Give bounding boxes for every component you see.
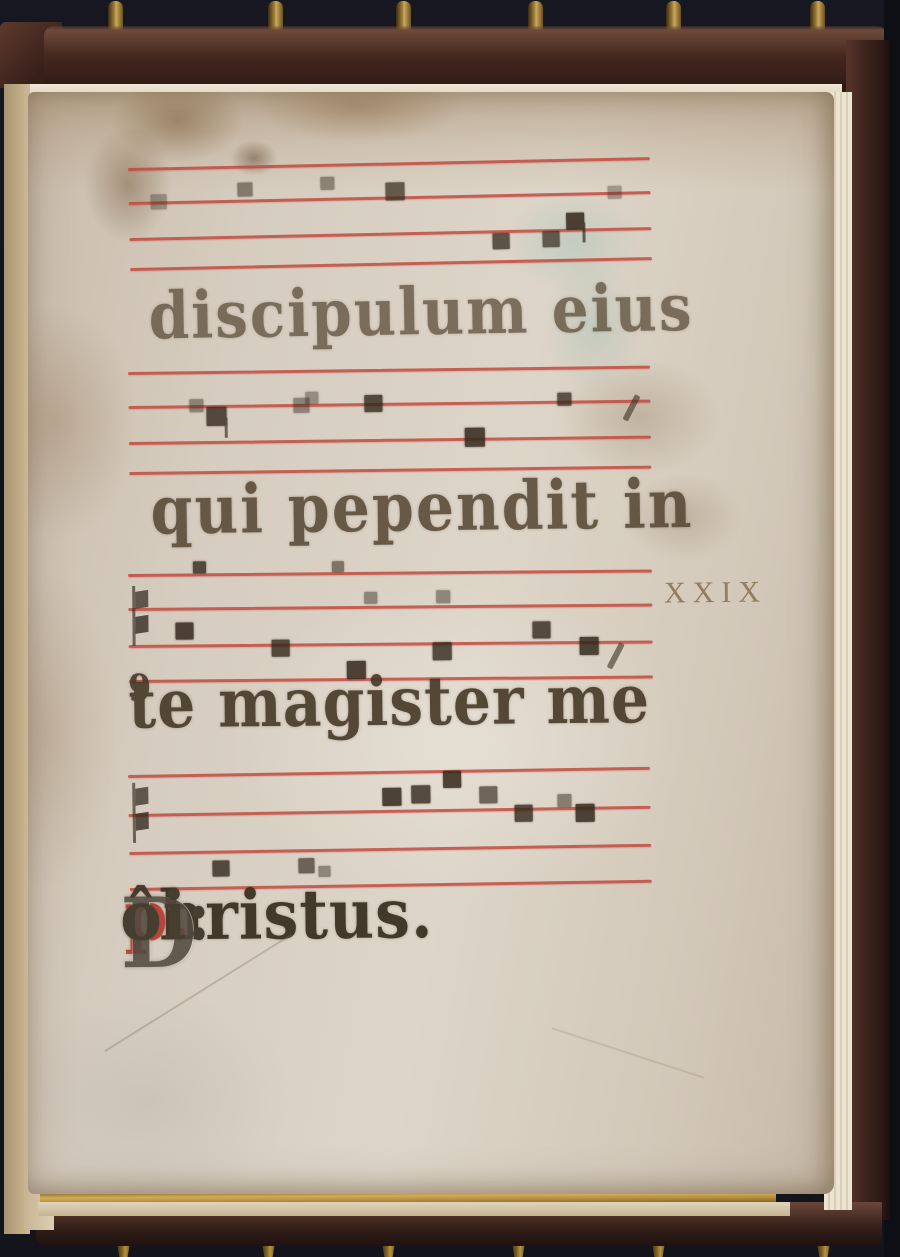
chant-text: te magister me bbox=[128, 661, 651, 745]
neume-note bbox=[433, 642, 452, 660]
neume-note bbox=[542, 231, 559, 247]
neume-note bbox=[557, 794, 571, 807]
neume-note bbox=[237, 182, 252, 196]
neume-note bbox=[364, 395, 382, 412]
neume-note bbox=[189, 399, 203, 412]
staff-line bbox=[130, 257, 652, 271]
neume-note bbox=[479, 786, 497, 803]
folio-number: XXIX bbox=[664, 576, 767, 611]
c-clef-icon bbox=[132, 783, 151, 845]
neume-note bbox=[576, 804, 595, 822]
custos-mark bbox=[622, 394, 640, 422]
neume-note bbox=[298, 858, 314, 873]
neume-note bbox=[580, 637, 599, 655]
staff-line bbox=[129, 640, 653, 648]
music-notation-layer bbox=[28, 92, 834, 1194]
neume-note bbox=[175, 622, 193, 639]
neume-note bbox=[566, 212, 584, 229]
neume-note bbox=[515, 805, 533, 822]
plica-tail bbox=[225, 418, 228, 438]
neume-note bbox=[607, 186, 621, 199]
abbreviation-mark: 9 bbox=[128, 666, 152, 710]
neume-note bbox=[436, 590, 450, 603]
neume-note bbox=[465, 428, 485, 447]
staff-line bbox=[129, 806, 651, 817]
staff-line bbox=[128, 603, 652, 611]
neume-note bbox=[385, 182, 404, 200]
page-edge-stack-bottom bbox=[38, 1202, 790, 1216]
neume-note bbox=[411, 785, 430, 803]
neume-note bbox=[320, 177, 334, 190]
neume-note bbox=[364, 592, 377, 604]
c-clef-icon bbox=[132, 586, 151, 648]
chant-text: qui pependit in bbox=[150, 465, 694, 550]
parchment-page: discipulum eius qui pependit in te magis… bbox=[28, 92, 834, 1194]
neume-note bbox=[492, 233, 509, 249]
manuscript-photo-scene: discipulum eius qui pependit in te magis… bbox=[0, 0, 900, 1257]
chant-text: discipulum eius bbox=[148, 269, 694, 354]
neume-note bbox=[151, 194, 167, 209]
neume-note bbox=[272, 640, 290, 657]
staff-line bbox=[129, 436, 651, 445]
neume-note bbox=[332, 561, 344, 572]
neume-note bbox=[193, 561, 206, 573]
neume-note bbox=[532, 621, 550, 638]
neume-note bbox=[443, 771, 461, 788]
neume-note bbox=[206, 407, 226, 426]
neume-note bbox=[382, 788, 401, 806]
chant-text: ôi: bbox=[120, 875, 211, 956]
neume-note bbox=[557, 393, 571, 406]
staff-line bbox=[129, 844, 651, 855]
staff-line bbox=[128, 569, 652, 577]
staff-line bbox=[128, 157, 650, 171]
plica-tail bbox=[582, 223, 585, 243]
staff-line bbox=[128, 767, 650, 778]
book-cover-leather-right bbox=[846, 40, 890, 1220]
staff-line bbox=[128, 366, 650, 375]
neume-note bbox=[305, 392, 318, 404]
